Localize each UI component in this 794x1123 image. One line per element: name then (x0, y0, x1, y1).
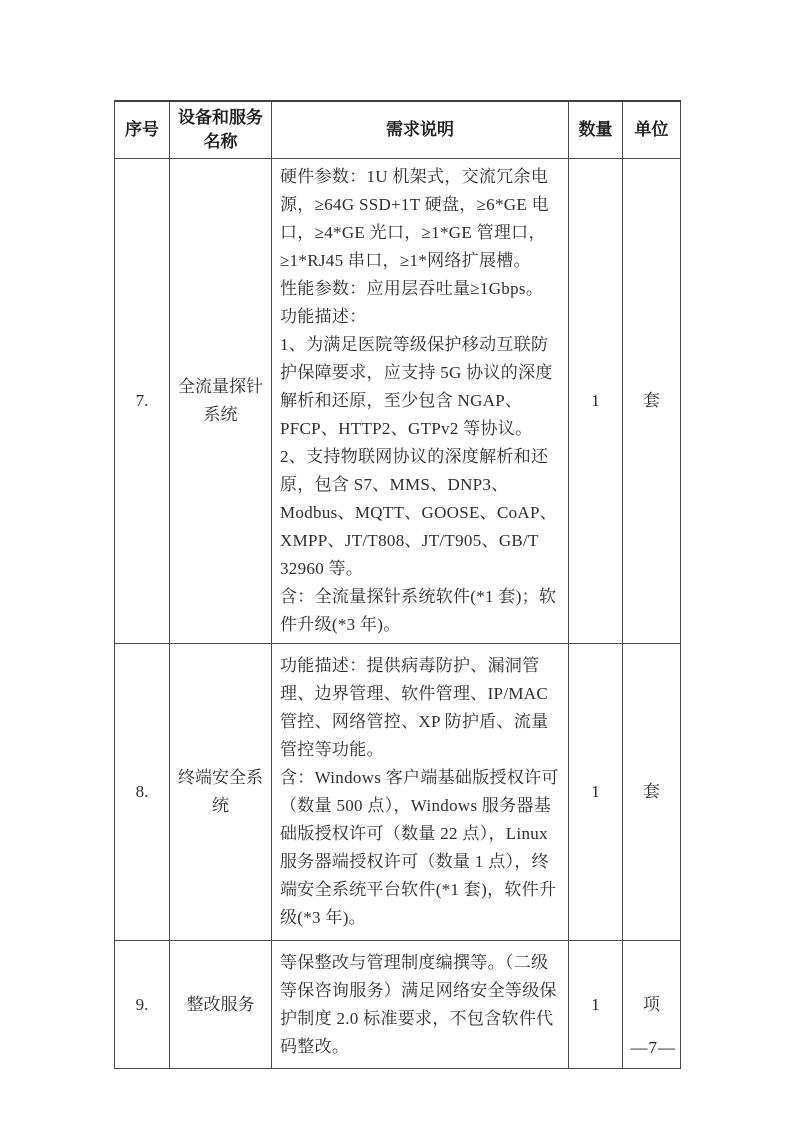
table-header-row: 序号 设备和服务名称 需求说明 数量 单位 (115, 101, 681, 159)
header-requirement-description: 需求说明 (272, 101, 569, 159)
cell-device-service-name: 整改服务 (170, 941, 272, 1069)
cell-requirement-description: 功能描述：提供病毒防护、漏洞管理、边界管理、软件管理、IP/MAC 管控、网络管… (272, 644, 569, 941)
cell-device-service-name: 终端安全系统 (170, 644, 272, 941)
cell-requirement-description: 硬件参数：1U 机架式，交流冗余电源，≥64G SSD+1T 硬盘，≥6*GE … (272, 159, 569, 644)
page-number: —7— (631, 1038, 677, 1058)
table-row: 8. 终端安全系统 功能描述：提供病毒防护、漏洞管理、边界管理、软件管理、IP/… (115, 644, 681, 941)
cell-quantity: 1 (569, 644, 623, 941)
cell-quantity: 1 (569, 159, 623, 644)
cell-unit: 套 (623, 159, 681, 644)
table-row: 9. 整改服务 等保整改与管理制度编撰等。（二级等保咨询服务）满足网络安全等级保… (115, 941, 681, 1069)
cell-unit: 套 (623, 644, 681, 941)
document-page: 序号 设备和服务名称 需求说明 数量 单位 7. 全流量探针系统 硬件参数：1U… (0, 0, 794, 1123)
cell-serial-number: 7. (115, 159, 170, 644)
table-row: 7. 全流量探针系统 硬件参数：1U 机架式，交流冗余电源，≥64G SSD+1… (115, 159, 681, 644)
header-device-service-name: 设备和服务名称 (170, 101, 272, 159)
cell-serial-number: 8. (115, 644, 170, 941)
header-quantity: 数量 (569, 101, 623, 159)
cell-quantity: 1 (569, 941, 623, 1069)
header-serial-number: 序号 (115, 101, 170, 159)
cell-device-service-name: 全流量探针系统 (170, 159, 272, 644)
cell-requirement-description: 等保整改与管理制度编撰等。（二级等保咨询服务）满足网络安全等级保护制度 2.0 … (272, 941, 569, 1069)
requirements-table: 序号 设备和服务名称 需求说明 数量 单位 7. 全流量探针系统 硬件参数：1U… (114, 100, 681, 1069)
header-unit: 单位 (623, 101, 681, 159)
cell-serial-number: 9. (115, 941, 170, 1069)
